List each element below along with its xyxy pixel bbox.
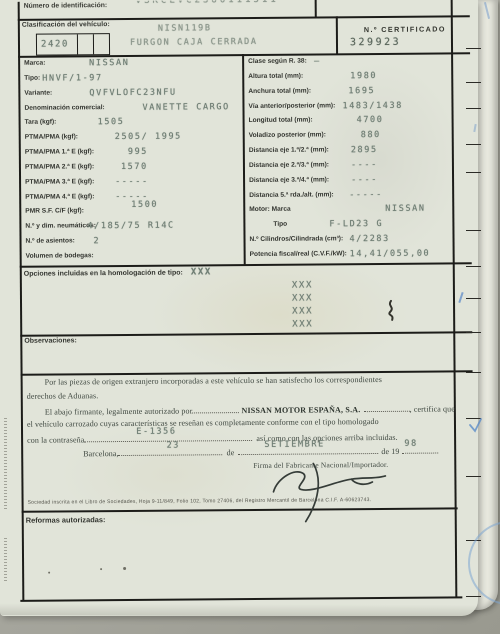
certificate-number-label: N.º CERTIFICADO [364, 24, 446, 34]
spec-value: 995 [128, 147, 148, 157]
page-edge-tick [466, 172, 481, 173]
contrasena-value: E-1356 [136, 427, 176, 437]
page-edge-tick [466, 108, 481, 109]
spec-row: Vía anterior/posterior (mm):1483/1438 [244, 99, 450, 115]
classification-label: Clasificación del vehículo: [22, 21, 110, 29]
contrasena-line: con la contraseña E-1356 así como con la… [27, 430, 455, 444]
option-value: XXX [292, 320, 313, 330]
spec-row: Potencia fiscal/real (C.V.F./kW):14,41/0… [246, 247, 452, 263]
authorized-reforms-label: Reformas autorizadas: [26, 515, 106, 525]
spec-value: 4/2283 [349, 234, 389, 244]
spec-row: Tipo:HNVF/1-97 [20, 71, 240, 88]
spec-label: Motor: Marca [249, 206, 290, 213]
page-edge-tick [466, 476, 481, 477]
option-value: XXX [191, 267, 212, 277]
ink-smudge [384, 299, 398, 323]
spec-label: Variante: [24, 89, 52, 96]
vehicle-type-code: NISN119B [158, 23, 212, 33]
certificate-number: 329923 [350, 37, 401, 48]
company-name: NISSAN MOTOR ESPAÑA, S.A. [238, 405, 363, 415]
spec-label: PTMA/PMA 4.ª E (kgf): [25, 193, 94, 201]
spec-value: QVFVLOFC23NFU [89, 87, 176, 98]
spec-value: 4700 [357, 115, 384, 125]
page-edge-tick [466, 48, 481, 49]
spec-label: PTMA/PMA 2.ª E (kgf): [25, 163, 94, 171]
place-label: Barcelona, [83, 449, 119, 458]
spec-value: 2895 [351, 145, 378, 155]
spec-value: 1695 [348, 86, 375, 96]
blue-stamp-arc [460, 515, 500, 610]
spec-row: Clase según R. 38:— [244, 54, 450, 70]
spec-row: Variante:QVFVLOFC23NFU [20, 86, 240, 103]
option-value: XXX [292, 281, 313, 291]
spec-row: Anchura total (mm):1695 [244, 84, 450, 100]
page-edge-tick [466, 298, 481, 299]
certify-line: El abajo firmante, legalmente autorizado… [45, 402, 455, 416]
spec-label: Tipo: [24, 74, 40, 81]
cell-divider [77, 34, 79, 54]
grid-line [21, 370, 473, 375]
page-edge-tick [466, 372, 481, 373]
spec-row: Distancia eje 1.ª/2.ª (mm):2895 [245, 143, 451, 159]
spec-row: Volumen de bodegas: [22, 249, 242, 266]
spec-label: Volumen de bodegas: [26, 252, 94, 260]
day-value: 23 [167, 441, 181, 451]
right-spec-column: Clase según R. 38:—Altura total (mm):198… [244, 54, 452, 264]
cell-divider [93, 34, 95, 54]
spec-row: PTMA/PMA 1.ª E (kgf):995 [21, 145, 241, 162]
stamp-ring [468, 521, 500, 605]
classification-code-box: 2420 [36, 33, 110, 56]
spec-value: 4/185/75 R14C [87, 221, 174, 232]
spec-row: Distancia eje 2.ª/3.ª (mm):---- [245, 158, 451, 174]
dotted-leader [192, 404, 238, 413]
spec-label: Distancia eje 2.ª/3.ª (mm): [249, 161, 329, 169]
spec-label: PMR S.F. C/F (kgf): [25, 208, 84, 215]
page-edge-tick [466, 332, 481, 333]
option-value: XXX [292, 294, 313, 304]
paper-speck [48, 572, 50, 574]
spec-label: N.º de asientos: [26, 237, 75, 244]
left-spec-column: Marca:NISSANTipo:HNVF/1-97Variante:QVFVL… [20, 56, 242, 266]
spec-label: Denominación comercial: [24, 104, 104, 112]
certificate-content: Número de identificación: VSKCLVC23U0111… [0, 0, 500, 634]
spec-row: Voladizo posterior (mm):880 [245, 129, 451, 145]
table-border-bottom [20, 596, 462, 602]
spec-label: N.º Cilindros/Cilindrada (cm³): [249, 235, 343, 243]
spec-value: 1505 [98, 117, 125, 127]
observations-label: Observaciones: [24, 337, 77, 344]
spec-row: Longitud total (mm):4700 [245, 114, 451, 130]
spec-row: Marca:NISSAN [20, 56, 240, 73]
spec-value: 14,41/055,00 [350, 249, 431, 260]
spec-label: Distancia 5.ª rda./alt. (mm): [249, 191, 334, 199]
spec-label: Vía anterior/posterior (mm): [248, 102, 335, 110]
page-edge-tick [466, 144, 481, 145]
spec-row: PTMA/PMA 2.ª E (kgf):1570 [21, 160, 241, 177]
paper-speck [100, 568, 102, 570]
year-value: 98 [404, 439, 418, 449]
spec-label: PTMA/PMA 1.ª E (kgf): [25, 148, 94, 156]
spec-label: Altura total (mm): [248, 72, 303, 79]
spec-label: Tipo [273, 221, 287, 228]
scanned-certificate-sheet: Número de identificación: VSKCLVC23U0111… [0, 0, 500, 634]
spec-row: Denominación comercial:VANETTE CARGO [20, 101, 240, 118]
identification-number: VSKCLVC23U0111511 [136, 0, 279, 6]
spec-value: 880 [361, 130, 381, 140]
spec-label: Anchura total (mm): [248, 87, 311, 94]
spec-label: Voladizo posterior (mm): [249, 132, 326, 140]
customs-paragraph-line2: derechos de Aduanas. [27, 391, 99, 401]
spec-row: PTMA/PMA (kgf):2505/ 1995 [21, 130, 241, 147]
margin-microprint [4, 418, 7, 510]
blue-pen-checkmark [468, 416, 484, 434]
spec-value: 1570 [121, 162, 148, 172]
spec-value: ---- [351, 175, 378, 185]
page-edge-tick [466, 82, 481, 83]
vehicle-body-type: FURGON CAJA CERRADA [130, 37, 258, 48]
month-value: SETIEMBRE [264, 439, 325, 449]
spec-value: 2505/ 1995 [115, 132, 182, 143]
spec-row: TipoF-LD23 G [245, 218, 451, 234]
spec-value: NISSAN [385, 204, 425, 214]
options-label: Opciones incluidas en la homologación de… [24, 270, 183, 278]
page-edge-tick [466, 230, 481, 231]
spec-row: Altura total (mm):1980 [244, 69, 450, 85]
grid-line [20, 331, 472, 336]
spec-row: Distancia eje 3.ª/4.ª (mm):---- [245, 173, 451, 189]
spec-label: Longitud total (mm): [249, 117, 313, 125]
spec-label: Clase según R. 38: [248, 58, 307, 65]
page-edge-tick [466, 266, 481, 267]
spec-value: VANETTE CARGO [142, 102, 229, 113]
spec-value: NISSAN [89, 58, 129, 68]
spec-value: ---- [351, 160, 378, 170]
spec-value: — [314, 56, 321, 66]
handwritten-signature [251, 449, 422, 532]
margin-microprint [4, 538, 7, 582]
spec-label: Distancia eje 3.ª/4.ª (mm): [249, 176, 329, 184]
spec-value: 2 [93, 236, 100, 246]
spec-value: F-LD23 G [329, 219, 383, 229]
spec-row: N.º Cilindros/Cilindrada (cm³):4/2283 [245, 233, 451, 249]
de-word: de [223, 448, 239, 457]
paper-speck [123, 567, 126, 570]
spec-value: ----- [115, 177, 149, 187]
spec-row: Distancia 5.ª rda./alt. (mm):----- [245, 188, 451, 204]
spec-label: PTMA/PMA (kgf): [25, 134, 78, 141]
spec-row: PMR S.F. C/F (kgf):1500 [21, 205, 241, 222]
spec-value: HNVF/1-97 [42, 73, 103, 83]
spec-value: ----- [349, 190, 383, 200]
identification-label: Número de identificación: [24, 2, 108, 10]
spec-label: Marca: [24, 60, 45, 67]
options-row: Opciones incluidas en la homologación de… [24, 267, 212, 278]
spec-label: Distancia eje 1.ª/2.ª (mm): [249, 146, 329, 154]
spec-row: PTMA/PMA 3.ª E (kgf):----- [21, 175, 241, 192]
spec-value: 1500 [131, 200, 158, 210]
classification-code: 2420 [41, 39, 69, 49]
spec-row: N.º de asientos:2 [21, 234, 241, 251]
spec-label: Potencia fiscal/real (C.V.F./kW): [250, 250, 347, 258]
spec-label: N.º y dim. neumáticos: [25, 222, 96, 230]
spec-row: Tara (kgf):1505 [21, 115, 241, 132]
spec-value: 1483/1438 [342, 100, 403, 110]
certify-pre-text: El abajo firmante, legalmente autorizado… [45, 406, 193, 416]
certify-post-text: , certifica que [410, 404, 455, 413]
divider-cert-col [336, 16, 338, 54]
spec-value: 1980 [350, 71, 377, 81]
contrasena-pre: con la contraseña [27, 435, 84, 444]
dotted-leader [363, 403, 409, 412]
dotted-leader: 23 [119, 446, 223, 456]
spec-row: Motor: MarcaNISSAN [245, 203, 451, 219]
spec-row: N.º y dim. neumáticos:4/185/75 R14C [21, 219, 241, 236]
option-value: XXX [292, 307, 313, 317]
spec-label: PTMA/PMA 3.ª E (kgf): [25, 178, 94, 186]
certify-line2: el vehículo carrozado cuyas característi… [27, 417, 379, 429]
spec-label: Tara (kgf): [25, 119, 57, 126]
customs-paragraph-line1: Por las piezas de origen extranjero inco… [45, 375, 382, 387]
